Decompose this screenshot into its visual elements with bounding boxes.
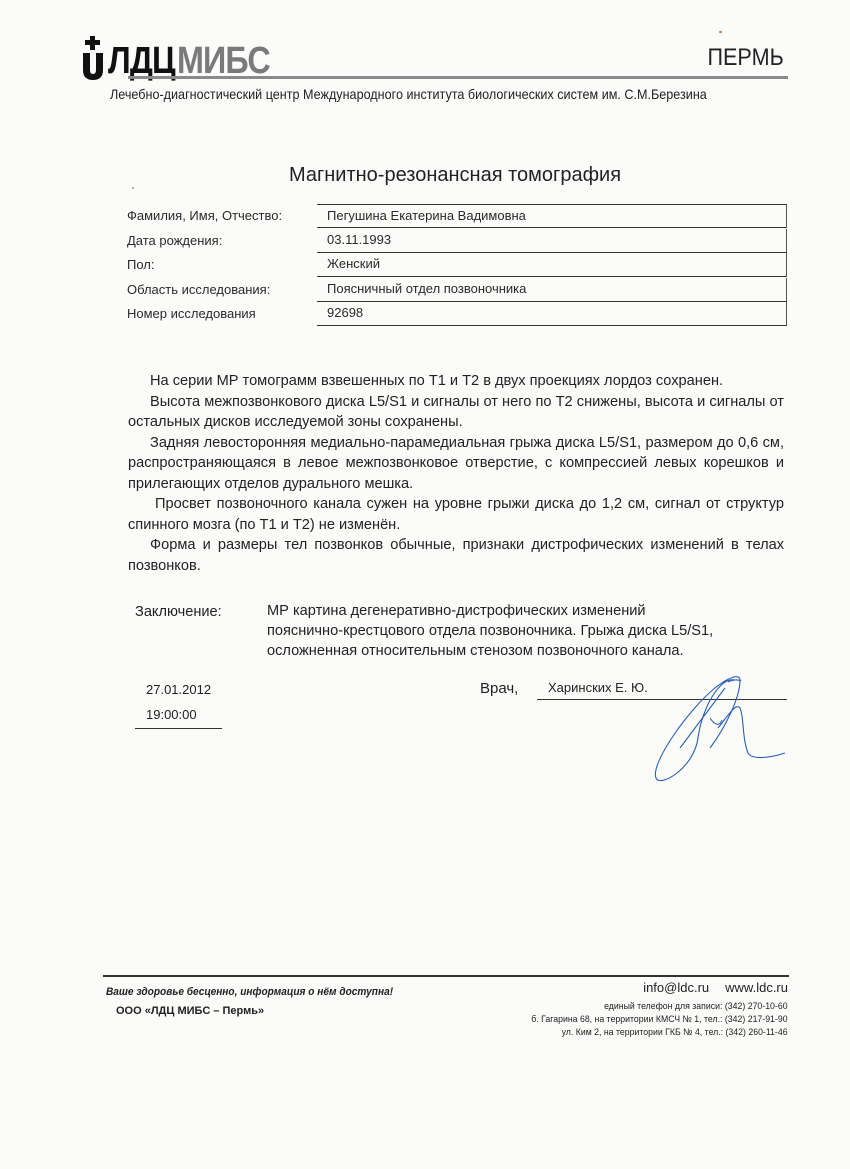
info-value: 03.11.1993 bbox=[317, 229, 787, 253]
email-link[interactable]: info@ldc.ru bbox=[643, 980, 709, 995]
header-divider bbox=[128, 76, 788, 79]
report-time: 19:00:00 bbox=[146, 707, 197, 722]
info-row-sex: Пол: Женский bbox=[127, 253, 787, 278]
finding-paragraph: Просвет позвоночного канала сужен на уро… bbox=[128, 494, 784, 535]
info-label: Пол: bbox=[127, 257, 155, 272]
info-row-birthdate: Дата рождения: 03.11.1993 bbox=[127, 229, 787, 254]
logo-text-secondary: МИБС bbox=[177, 42, 270, 80]
phone-line: ул. Ким 2, на территории ГКБ № 4, тел.: … bbox=[532, 1026, 788, 1039]
info-row-name: Фамилия, Имя, Отчество: Пегушина Екатери… bbox=[127, 204, 787, 229]
clinic-logo: ЛДЦ МИБС bbox=[82, 36, 286, 80]
info-row-study-number: Номер исследования 92698 bbox=[127, 302, 787, 327]
footer-contacts: info@ldc.ruwww.ldc.ru единый телефон для… bbox=[509, 980, 788, 1039]
doctor-label: Врач, bbox=[480, 680, 518, 697]
info-value: Пегушина Екатерина Вадимовна bbox=[317, 204, 787, 228]
phone-line: единый телефон для записи: (342) 270-10-… bbox=[532, 1000, 788, 1013]
footer-slogan: Ваше здоровье бесценно, информация о нём… bbox=[106, 986, 393, 998]
doctor-name: Харинских Е. Ю. bbox=[548, 680, 648, 695]
patient-info-table: Фамилия, Имя, Отчество: Пегушина Екатери… bbox=[127, 204, 787, 327]
footer-divider bbox=[103, 975, 789, 977]
logo-cross-icon bbox=[82, 36, 104, 80]
scan-dot bbox=[132, 187, 134, 189]
city-name: ПЕРМЬ bbox=[708, 44, 784, 72]
conclusion-line: осложненная относительным стенозом позво… bbox=[267, 641, 787, 661]
report-date: 27.01.2012 bbox=[146, 682, 211, 697]
document-title: Магнитно-резонансная томография bbox=[0, 164, 850, 187]
info-label: Дата рождения: bbox=[127, 233, 222, 248]
conclusion-line: МР картина дегенеративно-дистрофических … bbox=[267, 601, 787, 621]
conclusion-text: МР картина дегенеративно-дистрофических … bbox=[267, 601, 787, 661]
date-underline bbox=[135, 728, 222, 729]
info-value: Поясничный отдел позвоночника bbox=[317, 278, 787, 302]
finding-paragraph: На серии МР томограмм взвешенных по Т1 и… bbox=[128, 371, 784, 392]
finding-paragraph: Высота межпозвонкового диска L5/S1 и сиг… bbox=[128, 392, 784, 433]
company-name: ООО «ЛДЦ МИБС – Пермь» bbox=[116, 1005, 264, 1017]
handwritten-signature-icon bbox=[640, 668, 840, 788]
conclusion-line: пояснично-крестцового отдела позвоночник… bbox=[267, 621, 787, 641]
website-link[interactable]: www.ldc.ru bbox=[725, 980, 788, 995]
conclusion-label: Заключение: bbox=[135, 604, 222, 620]
info-label: Фамилия, Имя, Отчество: bbox=[127, 208, 282, 223]
logo-text-primary: ЛДЦ bbox=[108, 42, 175, 80]
finding-paragraph: Задняя левосторонняя медиально-парамедиа… bbox=[128, 433, 784, 495]
findings-text: На серии МР томограмм взвешенных по Т1 и… bbox=[128, 371, 784, 576]
clinic-subtitle: Лечебно-диагностический центр Международ… bbox=[110, 86, 707, 102]
web-contacts: info@ldc.ruwww.ldc.ru bbox=[509, 980, 788, 995]
scan-speck bbox=[719, 31, 722, 33]
info-label: Номер исследования bbox=[127, 306, 256, 321]
info-label: Область исследования: bbox=[127, 282, 270, 297]
info-row-region: Область исследования: Поясничный отдел п… bbox=[127, 278, 787, 303]
info-value: 92698 bbox=[317, 302, 787, 326]
info-value: Женский bbox=[317, 253, 787, 277]
phone-line: б. Гагарина 68, на территории КМСЧ № 1, … bbox=[532, 1013, 788, 1026]
finding-paragraph: Форма и размеры тел позвонков обычные, п… bbox=[128, 535, 784, 576]
